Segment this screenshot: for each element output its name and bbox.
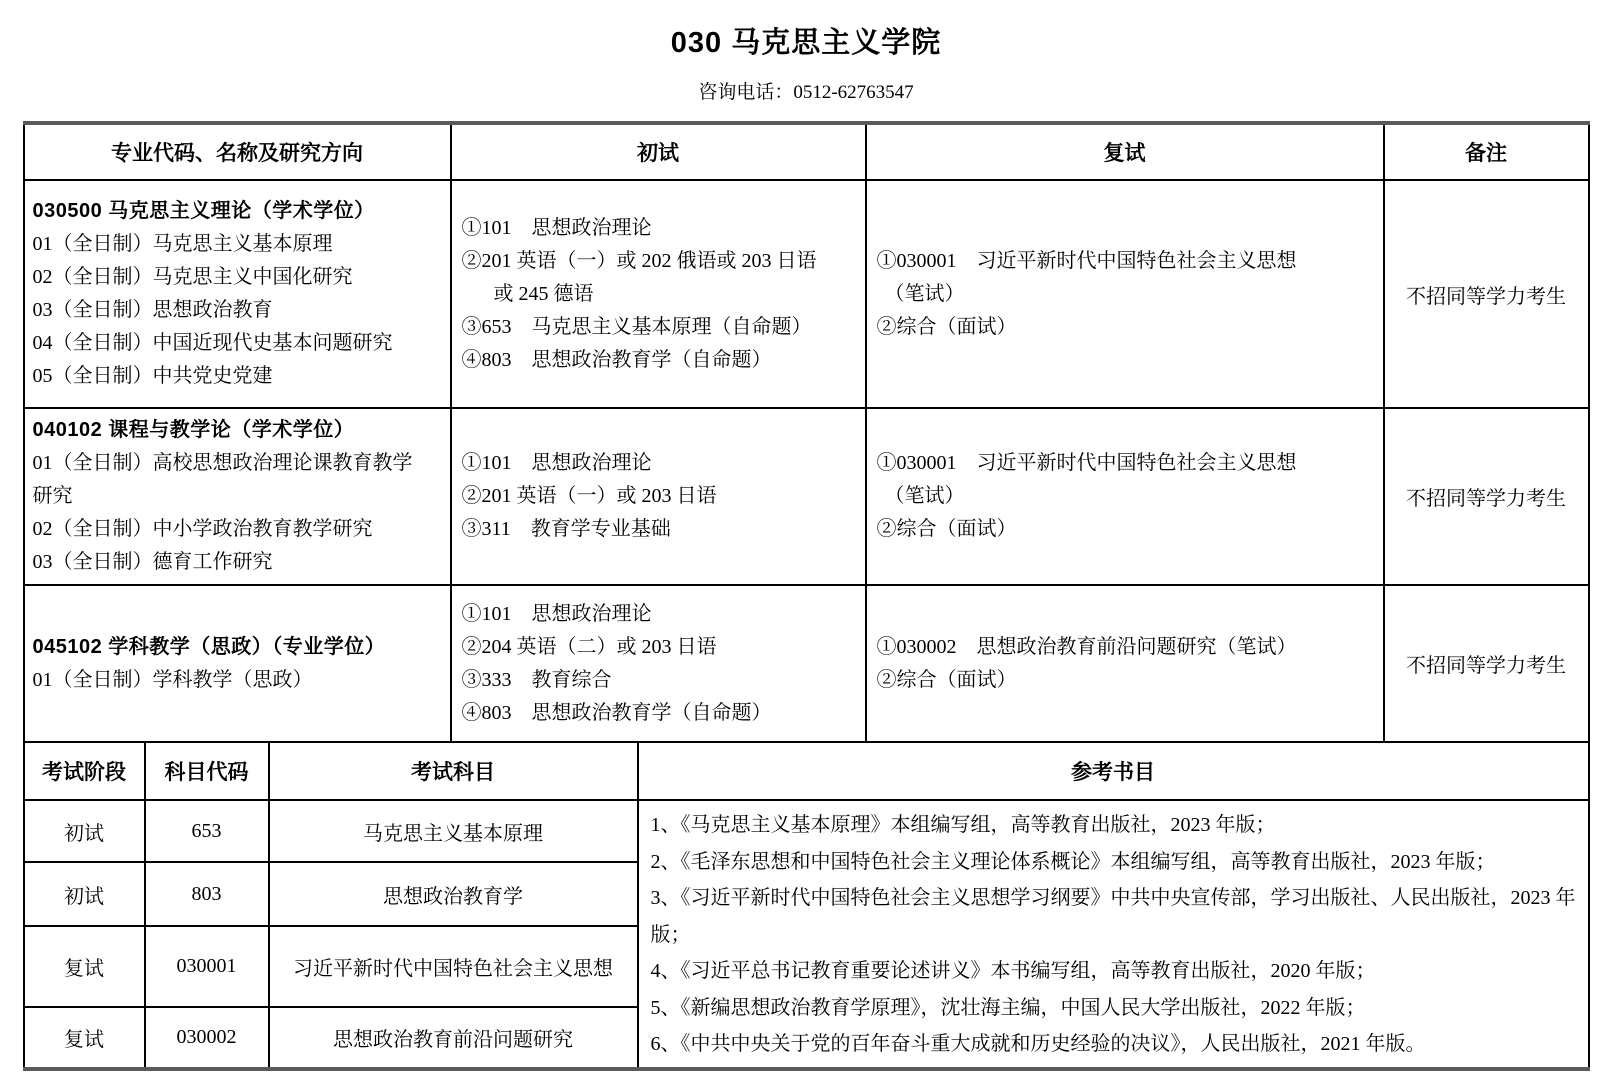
exam-subject-line: ①030001 习近平新时代中国特色社会主义思想 <box>877 447 1373 480</box>
exam-header-row: 考试阶段 科目代码 考试科目 参考书目 <box>24 742 1589 800</box>
exam-stage-cell: 复试 <box>24 926 145 1007</box>
program-row-045102: 045102 学科教学（思政）（专业学位） 01（全日制）学科教学（思政） ①1… <box>24 585 1589 742</box>
exam-subject-cell: 思想政治教育学 <box>269 862 638 925</box>
remark-cell: 不招同等学力考生 <box>1384 180 1589 408</box>
program-direction-line: 03（全日制）思想政治教育 <box>33 294 444 327</box>
exam-subject-line: ③311 教育学专业基础 <box>462 513 855 546</box>
program-direction-line: 01（全日制）高校思想政治理论课教育教学 <box>33 447 444 480</box>
reference-item: 2、《毛泽东思想和中国特色社会主义理论体系概论》本组编写组，高等教育出版社，20… <box>651 844 1580 881</box>
program-row-040102: 040102 课程与教学论（学术学位） 01（全日制）高校思想政治理论课教育教学… <box>24 408 1589 585</box>
header-second-exam: 复试 <box>866 123 1384 180</box>
reference-item: 6、《中共中央关于党的百年奋斗重大成就和历史经验的决议》，人民出版社，2021 … <box>651 1026 1580 1063</box>
program-cell: 030500 马克思主义理论（学术学位） 01（全日制）马克思主义基本原理 02… <box>24 180 451 408</box>
exam-subject-line: ④803 思想政治教育学（自命题） <box>462 344 855 377</box>
header-exam-subject: 考试科目 <box>269 742 638 800</box>
first-exam-cell: ①101 思想政治理论 ②204 英语（二）或 203 日语 ③333 教育综合… <box>451 585 866 742</box>
exam-subject-line: ①101 思想政治理论 <box>462 598 855 631</box>
program-row-030500: 030500 马克思主义理论（学术学位） 01（全日制）马克思主义基本原理 02… <box>24 180 1589 408</box>
exam-subject-cell: 思想政治教育前沿问题研究 <box>269 1007 638 1068</box>
exam-subject-line: ③653 马克思主义基本原理（自命题） <box>462 311 855 344</box>
document-page: 030 马克思主义学院 咨询电话：0512-62763547 专业代码、名称及研… <box>0 0 1612 1076</box>
exam-subject-line: ①030001 习近平新时代中国特色社会主义思想 <box>877 245 1373 278</box>
references-cell: 1、《马克思主义基本原理》本组编写组，高等教育出版社，2023 年版； 2、《毛… <box>638 800 1589 1069</box>
program-direction-line: 03（全日制）德育工作研究 <box>33 546 444 579</box>
second-exam-cell: ①030001 习近平新时代中国特色社会主义思想 （笔试） ②综合（面试） <box>866 408 1384 585</box>
program-direction-line: 02（全日制）中小学政治教育教学研究 <box>33 513 444 546</box>
remark-cell: 不招同等学力考生 <box>1384 408 1589 585</box>
program-direction-line: 04（全日制）中国近现代史基本问题研究 <box>33 327 444 360</box>
exam-stage-cell: 复试 <box>24 1007 145 1068</box>
exam-subject-line: ②201 英语（一）或 203 日语 <box>462 480 855 513</box>
exam-code-cell: 803 <box>145 862 269 925</box>
exam-subject-line: ③333 教育综合 <box>462 664 855 697</box>
header-remark: 备注 <box>1384 123 1589 180</box>
header-references: 参考书目 <box>638 742 1589 800</box>
program-cell: 040102 课程与教学论（学术学位） 01（全日制）高校思想政治理论课教育教学… <box>24 408 451 585</box>
exam-code-cell: 030001 <box>145 926 269 1007</box>
exam-subject-line-continuation: （笔试） <box>877 278 1373 311</box>
page-title: 030 马克思主义学院 <box>0 0 1612 62</box>
program-direction-line: 01（全日制）马克思主义基本原理 <box>33 228 444 261</box>
program-code-line: 040102 课程与教学论（学术学位） <box>33 414 444 447</box>
header-program: 专业代码、名称及研究方向 <box>24 123 451 180</box>
reference-item: 1、《马克思主义基本原理》本组编写组，高等教育出版社，2023 年版； <box>651 807 1580 844</box>
exam-subject-line-continuation: （笔试） <box>877 480 1373 513</box>
exam-subject-line: ①030002 思想政治教育前沿问题研究（笔试） <box>877 631 1373 664</box>
header-subject-code: 科目代码 <box>145 742 269 800</box>
first-exam-cell: ①101 思想政治理论 ②201 英语（一）或 203 日语 ③311 教育学专… <box>451 408 866 585</box>
exam-subject-line: ②201 英语（一）或 202 俄语或 203 日语 <box>462 245 855 278</box>
admissions-table: 专业代码、名称及研究方向 初试 复试 备注 030500 马克思主义理论（学术学… <box>23 121 1590 743</box>
program-direction-line: 02（全日制）马克思主义中国化研究 <box>33 261 444 294</box>
exam-subject-line: ②204 英语（二）或 203 日语 <box>462 631 855 664</box>
exam-subject-line: ①101 思想政治理论 <box>462 212 855 245</box>
reference-item: 4、《习近平总书记教育重要论述讲义》本书编写组，高等教育出版社，2020 年版； <box>651 953 1580 990</box>
program-direction-line-continuation: 研究 <box>33 480 444 513</box>
exam-subject-line: ②综合（面试） <box>877 664 1373 697</box>
reference-item: 5、《新编思想政治教育学原理》，沈壮海主编，中国人民大学出版社，2022 年版； <box>651 990 1580 1027</box>
second-exam-cell: ①030002 思想政治教育前沿问题研究（笔试） ②综合（面试） <box>866 585 1384 742</box>
exam-subject-line-continuation: 或 245 德语 <box>462 278 855 311</box>
reference-item: 3、《习近平新时代中国特色社会主义思想学习纲要》中共中央宣传部，学习出版社、人民… <box>651 880 1580 953</box>
program-code-line: 030500 马克思主义理论（学术学位） <box>33 195 444 228</box>
exam-row-653: 初试 653 马克思主义基本原理 1、《马克思主义基本原理》本组编写组，高等教育… <box>24 800 1589 862</box>
exam-subject-line: ②综合（面试） <box>877 311 1373 344</box>
second-exam-cell: ①030001 习近平新时代中国特色社会主义思想 （笔试） ②综合（面试） <box>866 180 1384 408</box>
exam-code-cell: 030002 <box>145 1007 269 1068</box>
first-exam-cell: ①101 思想政治理论 ②201 英语（一）或 202 俄语或 203 日语 或… <box>451 180 866 408</box>
exam-stage-cell: 初试 <box>24 862 145 925</box>
program-direction-line: 05（全日制）中共党史党建 <box>33 360 444 393</box>
exam-subject-cell: 习近平新时代中国特色社会主义思想 <box>269 926 638 1007</box>
exam-code-cell: 653 <box>145 800 269 862</box>
program-code-line: 045102 学科教学（思政）（专业学位） <box>33 631 444 664</box>
exam-subjects-table: 考试阶段 科目代码 考试科目 参考书目 初试 653 马克思主义基本原理 1、《… <box>23 741 1590 1071</box>
header-first-exam: 初试 <box>451 123 866 180</box>
exam-subject-line: ②综合（面试） <box>877 513 1373 546</box>
header-exam-stage: 考试阶段 <box>24 742 145 800</box>
contact-phone: 咨询电话：0512-62763547 <box>0 80 1612 106</box>
remark-cell: 不招同等学力考生 <box>1384 585 1589 742</box>
exam-stage-cell: 初试 <box>24 800 145 862</box>
program-direction-line: 01（全日制）学科教学（思政） <box>33 664 444 697</box>
admissions-header-row: 专业代码、名称及研究方向 初试 复试 备注 <box>24 123 1589 180</box>
exam-subject-line: ①101 思想政治理论 <box>462 447 855 480</box>
exam-subject-line: ④803 思想政治教育学（自命题） <box>462 697 855 730</box>
program-cell: 045102 学科教学（思政）（专业学位） 01（全日制）学科教学（思政） <box>24 585 451 742</box>
exam-subject-cell: 马克思主义基本原理 <box>269 800 638 862</box>
